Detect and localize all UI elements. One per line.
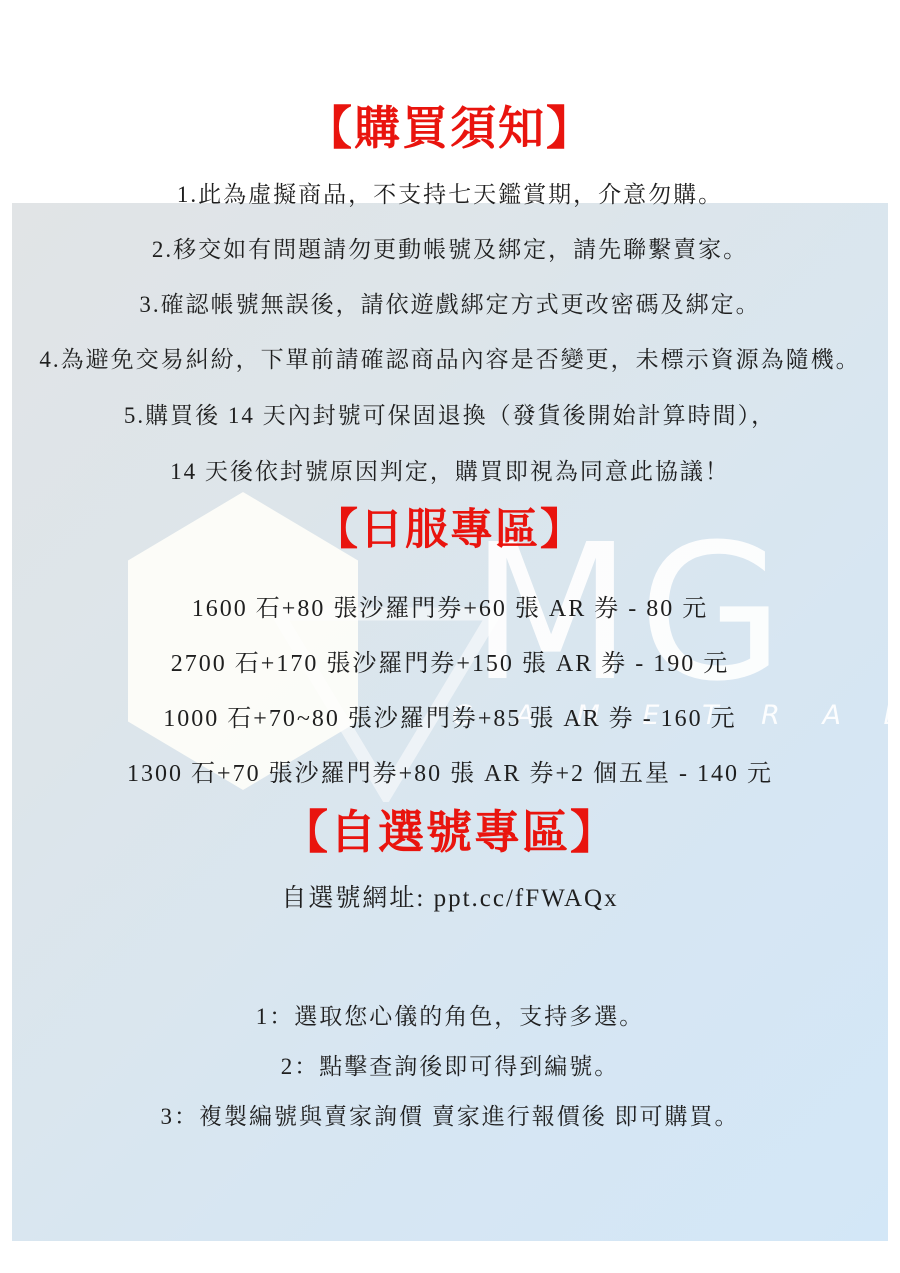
jp-offer-2: 2700 石+170 張沙羅門券+150 張 AR 券 - 190 元 (0, 643, 900, 678)
notice-item-5-line1: 5.購買後 14 天內封號可保固退換（發貨後開始計算時間）， (0, 397, 900, 430)
notice-item-2: 2.移交如有問題請勿更動帳號及綁定，請先聯繫賣家。 (0, 231, 900, 264)
notice-item-1: 1.此為虛擬商品，不支持七天鑑賞期，介意勿購。 (0, 176, 900, 209)
jp-offer-4: 1300 石+70 張沙羅門券+80 張 AR 券+2 個五星 - 140 元 (0, 753, 900, 788)
custom-account-section-title: 【自選號專區】 (0, 796, 900, 862)
custom-step-2: 2：點擊查詢後即可得到編號。 (0, 1048, 900, 1081)
purchase-notice-title: 【購買須知】 (0, 92, 900, 158)
custom-account-url-text: 自選號網址: ppt.cc/fFWAQx (0, 878, 900, 914)
notice-item-5-line2: 14 天後依封號原因判定，購買即視為同意此協議！ (0, 453, 900, 486)
jp-offer-1: 1600 石+80 張沙羅門券+60 張 AR 券 - 80 元 (0, 588, 900, 623)
custom-step-3: 3：複製編號與賣家詢價 賣家進行報價後 即可購買。 (0, 1098, 900, 1131)
notice-item-3: 3.確認帳號無誤後，請依遊戲綁定方式更改密碼及綁定。 (0, 286, 900, 319)
jp-offer-3: 1000 石+70~80 張沙羅門券+85 張 AR 券 - 160 元 (0, 698, 900, 733)
notice-poster: MG G A M E T R A D E 【購買須知】 1.此為虛擬商品，不支持… (0, 0, 900, 1273)
jp-server-section-title: 【日服專區】 (0, 496, 900, 557)
notice-item-4: 4.為避免交易糾紛，下單前請確認商品內容是否變更，未標示資源為隨機。 (0, 341, 900, 374)
custom-step-1: 1：選取您心儀的角色，支持多選。 (0, 998, 900, 1031)
